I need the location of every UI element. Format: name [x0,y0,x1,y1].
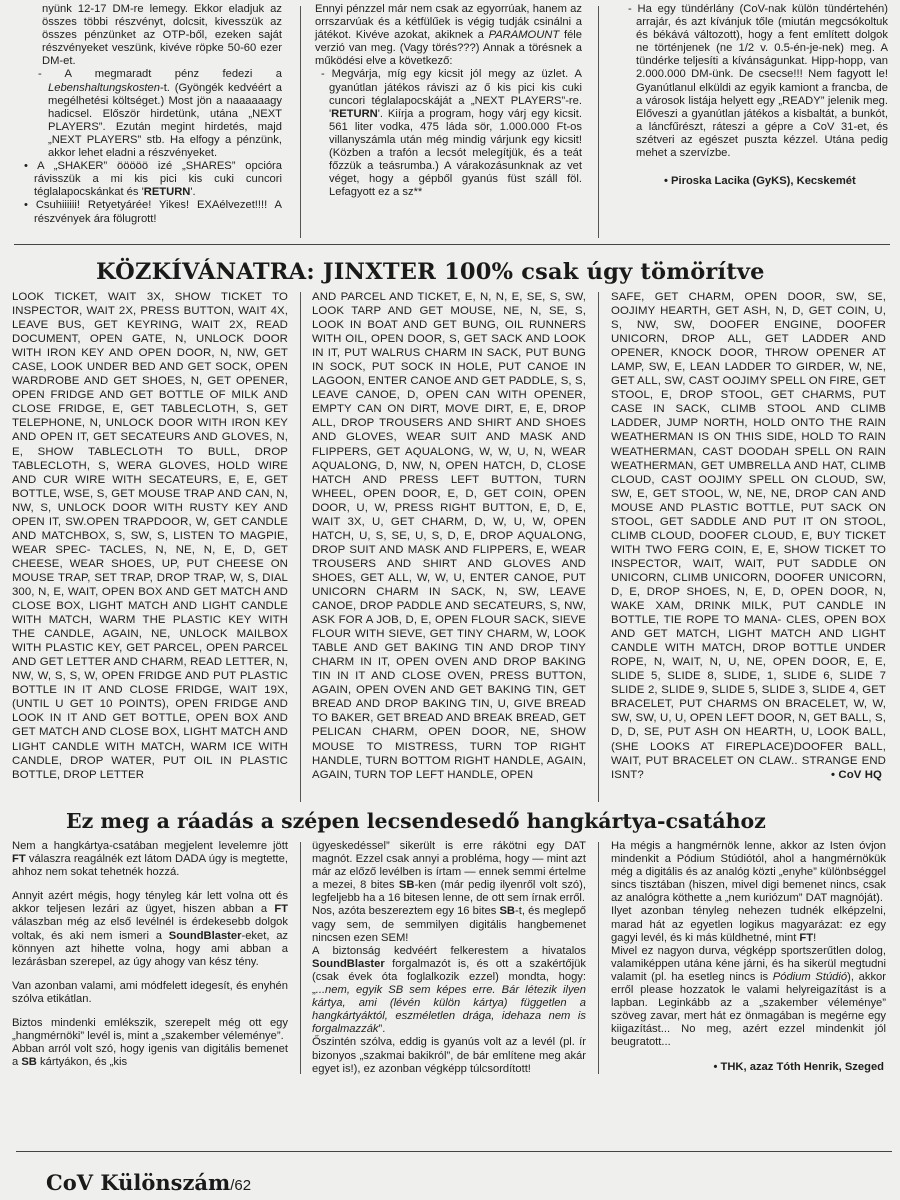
section-divider [14,244,890,245]
top-col-2: Ennyi pénzzel már nem csak az egyorrúak,… [315,3,582,199]
soundcard-headline: Ez meg a ráadás a szépen lecsendesedő ha… [66,809,766,833]
top-col-1: nyünk 12-17 DM-re lemegy. Ekkor eladjuk … [20,3,282,226]
signature: • CoV HQ [611,768,886,782]
column-divider [598,292,599,802]
page-number: /62 [230,1177,251,1194]
column-divider [300,292,301,802]
paragraph: - Megvárja, míg egy kicsit jól megy az ü… [315,68,582,199]
soundcard-col-3: Ha mégis a hangmérnök lenne, akkor az Is… [611,840,886,1074]
magazine-title: CoV Különszám [46,1170,230,1195]
jinxter-headline: KÖZKÍVÁNATRA: JINXTER 100% csak úgy tömö… [96,259,765,285]
top-col-3: - Ha egy tündérlány (CoV-nak külön tündé… [622,3,888,188]
page-footer: CoV Különszám/62 [46,1170,251,1195]
jinxter-col-1: LOOK TICKET, WAIT 3X, SHOW TICKET TO INS… [12,290,288,782]
bullet-item: • A „SHAKER” ööööö izé „SHARES” opcióra … [24,160,282,199]
paragraph: Ennyi pénzzel már nem csak az egyorrúak,… [315,3,582,68]
column-divider [598,842,599,1074]
jinxter-col-3: SAFE, GET CHARM, OPEN DOOR, SW, SE, OOJI… [611,290,886,782]
paragraph: nyünk 12-17 DM-re lemegy. Ekkor eladjuk … [20,3,282,68]
jinxter-col-2: AND PARCEL AND TICKET, E, N, N, E, SE, S… [312,290,586,782]
column-divider [300,842,301,1074]
column-divider [598,6,599,238]
paragraph: - A megmaradt pénz fedezi a Lebenshaltun… [16,68,282,160]
paragraph: - Ha egy tündérlány (CoV-nak külön tündé… [622,3,888,160]
signature: • Piroska Lacika (GyKS), Kecskemét [622,175,888,188]
soundcard-col-2: ügyeskedéssel” sikerült is erre rákötni … [312,840,586,1076]
column-divider [300,6,301,238]
soundcard-col-1: Nem a hangkártya-csatában megjelent leve… [12,840,288,1069]
footer-divider [16,1151,892,1152]
magazine-page: nyünk 12-17 DM-re lemegy. Ekkor eladjuk … [0,0,900,1200]
signature: • THK, azaz Tóth Henrik, Szeged [611,1061,886,1074]
bullet-item: • Csuhiiiiii! Retyetyárée! Yikes! EXAélv… [24,199,282,225]
